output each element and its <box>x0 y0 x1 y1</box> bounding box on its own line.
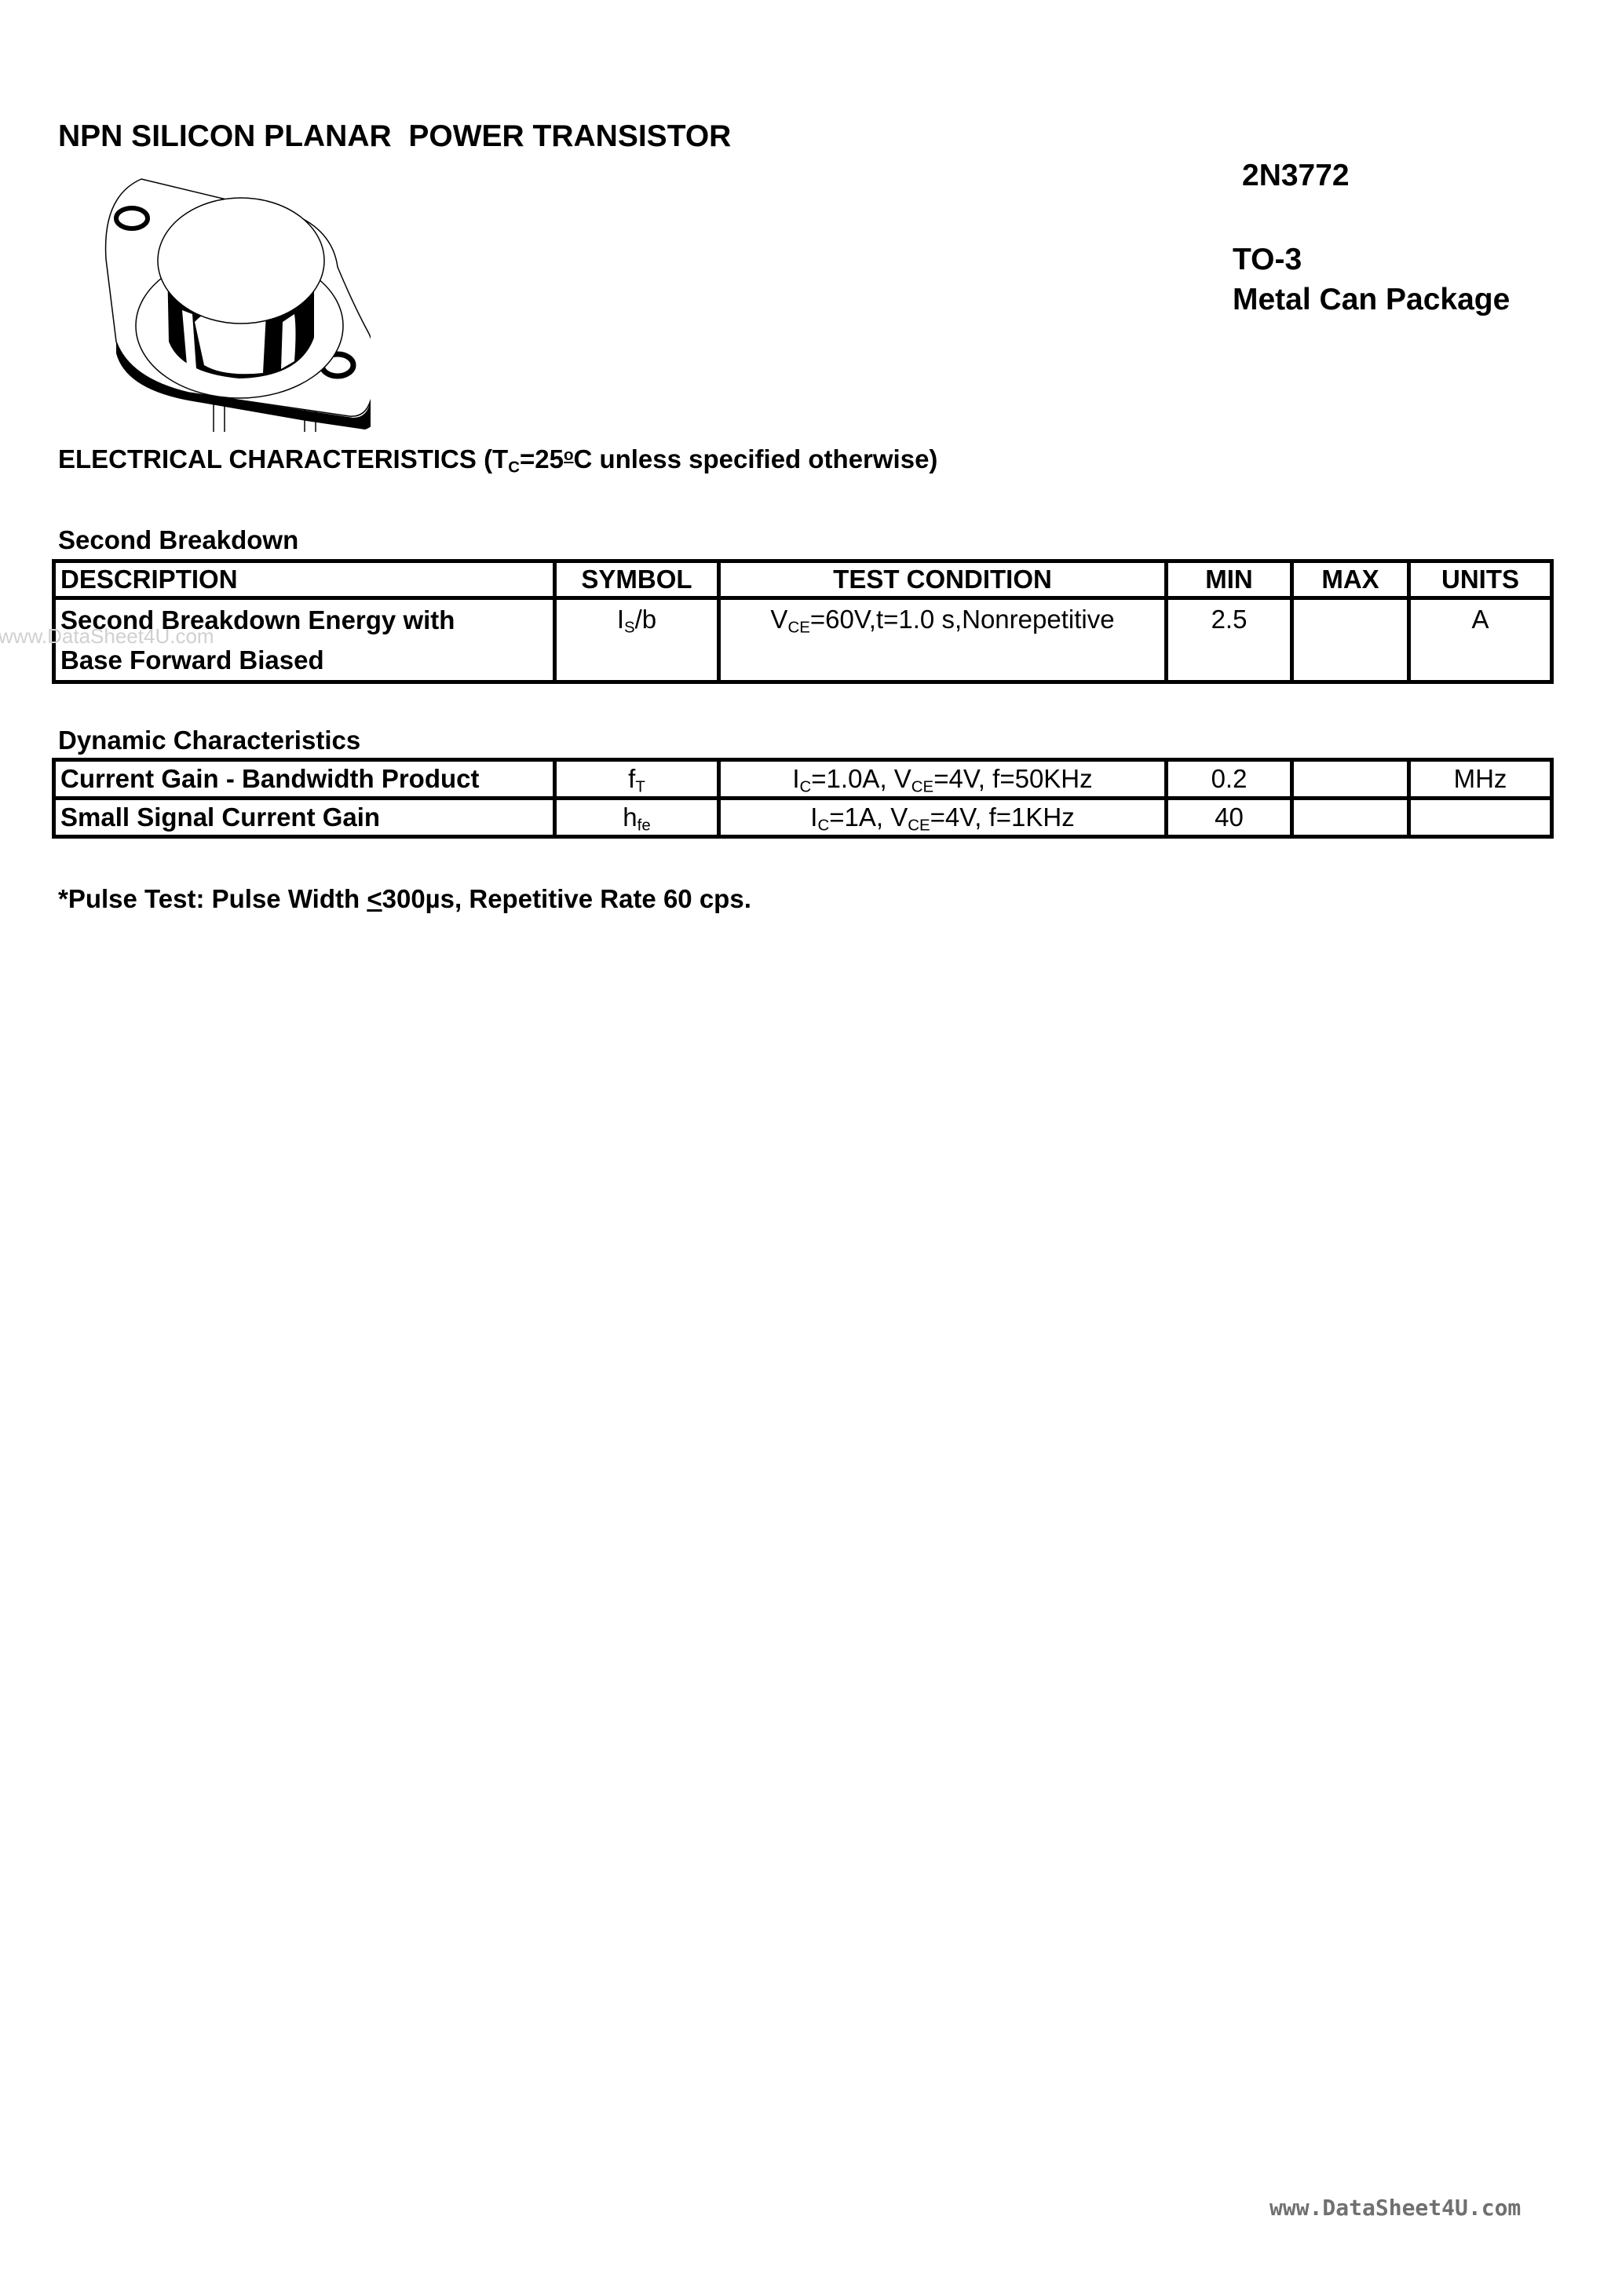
condition-part: I <box>792 764 799 793</box>
table-row: Second Breakdown Energy with Base Forwar… <box>54 598 1552 682</box>
condition-part: =1A, V <box>829 803 908 832</box>
degree-symbol: o <box>564 446 573 464</box>
condition-part: =4V, f=50KHz <box>933 764 1092 793</box>
cell-max <box>1292 799 1409 837</box>
col-header-max: MAX <box>1292 561 1409 598</box>
cell-min: 2.5 <box>1167 598 1292 682</box>
symbol-main: I <box>617 605 624 634</box>
condition-sub: CE <box>908 817 930 835</box>
electrical-characteristics-heading: ELECTRICAL CHARACTERISTICS (TC=25oC unle… <box>58 444 937 474</box>
heading-subscript: C <box>508 459 520 477</box>
heading-suffix: C unless specified otherwise) <box>573 444 937 473</box>
symbol-sub: fe <box>637 817 651 835</box>
condition-sub: CE <box>787 619 809 637</box>
part-number: 2N3772 <box>1242 159 1350 193</box>
cell-test-condition: VCE=60V,t=1.0 s,Nonrepetitive <box>719 598 1167 682</box>
condition-part: =1.0A, V <box>811 764 911 793</box>
cell-max <box>1292 760 1409 799</box>
watermark-left: www.DataSheet4U.com <box>0 624 214 649</box>
cell-symbol: IS/b <box>555 598 719 682</box>
section-title-dynamic-characteristics: Dynamic Characteristics <box>58 726 360 755</box>
symbol-main: h <box>623 803 637 832</box>
cell-units: A <box>1409 598 1552 682</box>
cell-test-condition: IC=1A, VCE=4V, f=1KHz <box>719 799 1167 837</box>
condition-part: =4V, f=1KHz <box>930 803 1075 832</box>
table-header-row: DESCRIPTION SYMBOL TEST CONDITION MIN MA… <box>54 561 1552 598</box>
condition-rest: =60V,t=1.0 s,Nonrepetitive <box>810 605 1115 634</box>
cell-units: MHz <box>1409 760 1552 799</box>
condition-main: V <box>770 605 787 634</box>
cell-test-condition: IC=1.0A, VCE=4V, f=50KHz <box>719 760 1167 799</box>
cell-max <box>1292 598 1409 682</box>
heading-text: ELECTRICAL CHARACTERISTICS (T <box>58 444 508 473</box>
package-description: Metal Can Package <box>1233 280 1510 320</box>
condition-sub: C <box>800 778 812 796</box>
condition-sub: CE <box>911 778 933 796</box>
col-header-min: MIN <box>1167 561 1292 598</box>
package-info: TO-3 Metal Can Package <box>1233 239 1510 320</box>
package-type: TO-3 <box>1233 239 1510 280</box>
cell-min: 0.2 <box>1167 760 1292 799</box>
col-header-test-condition: TEST CONDITION <box>719 561 1167 598</box>
cell-units <box>1409 799 1552 837</box>
col-header-symbol: SYMBOL <box>555 561 719 598</box>
cell-description: Current Gain - Bandwidth Product <box>54 760 555 799</box>
heading-temp: =25 <box>520 444 564 473</box>
footer-watermark-link[interactable]: www.DataSheet4U.com <box>1269 2195 1521 2221</box>
col-header-description: DESCRIPTION <box>54 561 555 598</box>
to3-metal-can-transistor-icon <box>94 173 371 432</box>
table-row: Current Gain - Bandwidth Product fT IC=1… <box>54 760 1552 799</box>
less-equal-symbol: < <box>367 884 382 913</box>
symbol-suffix: /b <box>635 605 657 634</box>
symbol-sub: S <box>624 619 635 637</box>
symbol-main: f <box>628 764 635 793</box>
cell-min: 40 <box>1167 799 1292 837</box>
cell-symbol: fT <box>555 760 719 799</box>
second-breakdown-table: DESCRIPTION SYMBOL TEST CONDITION MIN MA… <box>52 559 1554 684</box>
cell-description: Small Signal Current Gain <box>54 799 555 837</box>
condition-sub: C <box>817 817 829 835</box>
section-title-second-breakdown: Second Breakdown <box>58 525 298 555</box>
pulse-test-footnote: *Pulse Test: Pulse Width <300µs, Repetit… <box>58 884 751 914</box>
page-title: NPN SILICON PLANAR POWER TRANSISTOR <box>58 119 731 154</box>
footnote-prefix: *Pulse Test: Pulse Width <box>58 884 367 913</box>
symbol-sub: T <box>635 778 645 796</box>
dynamic-characteristics-table: Current Gain - Bandwidth Product fT IC=1… <box>52 758 1554 839</box>
cell-symbol: hfe <box>555 799 719 837</box>
col-header-units: UNITS <box>1409 561 1552 598</box>
footnote-suffix: 300µs, Repetitive Rate 60 cps. <box>382 884 751 913</box>
table-row: Small Signal Current Gain hfe IC=1A, VCE… <box>54 799 1552 837</box>
